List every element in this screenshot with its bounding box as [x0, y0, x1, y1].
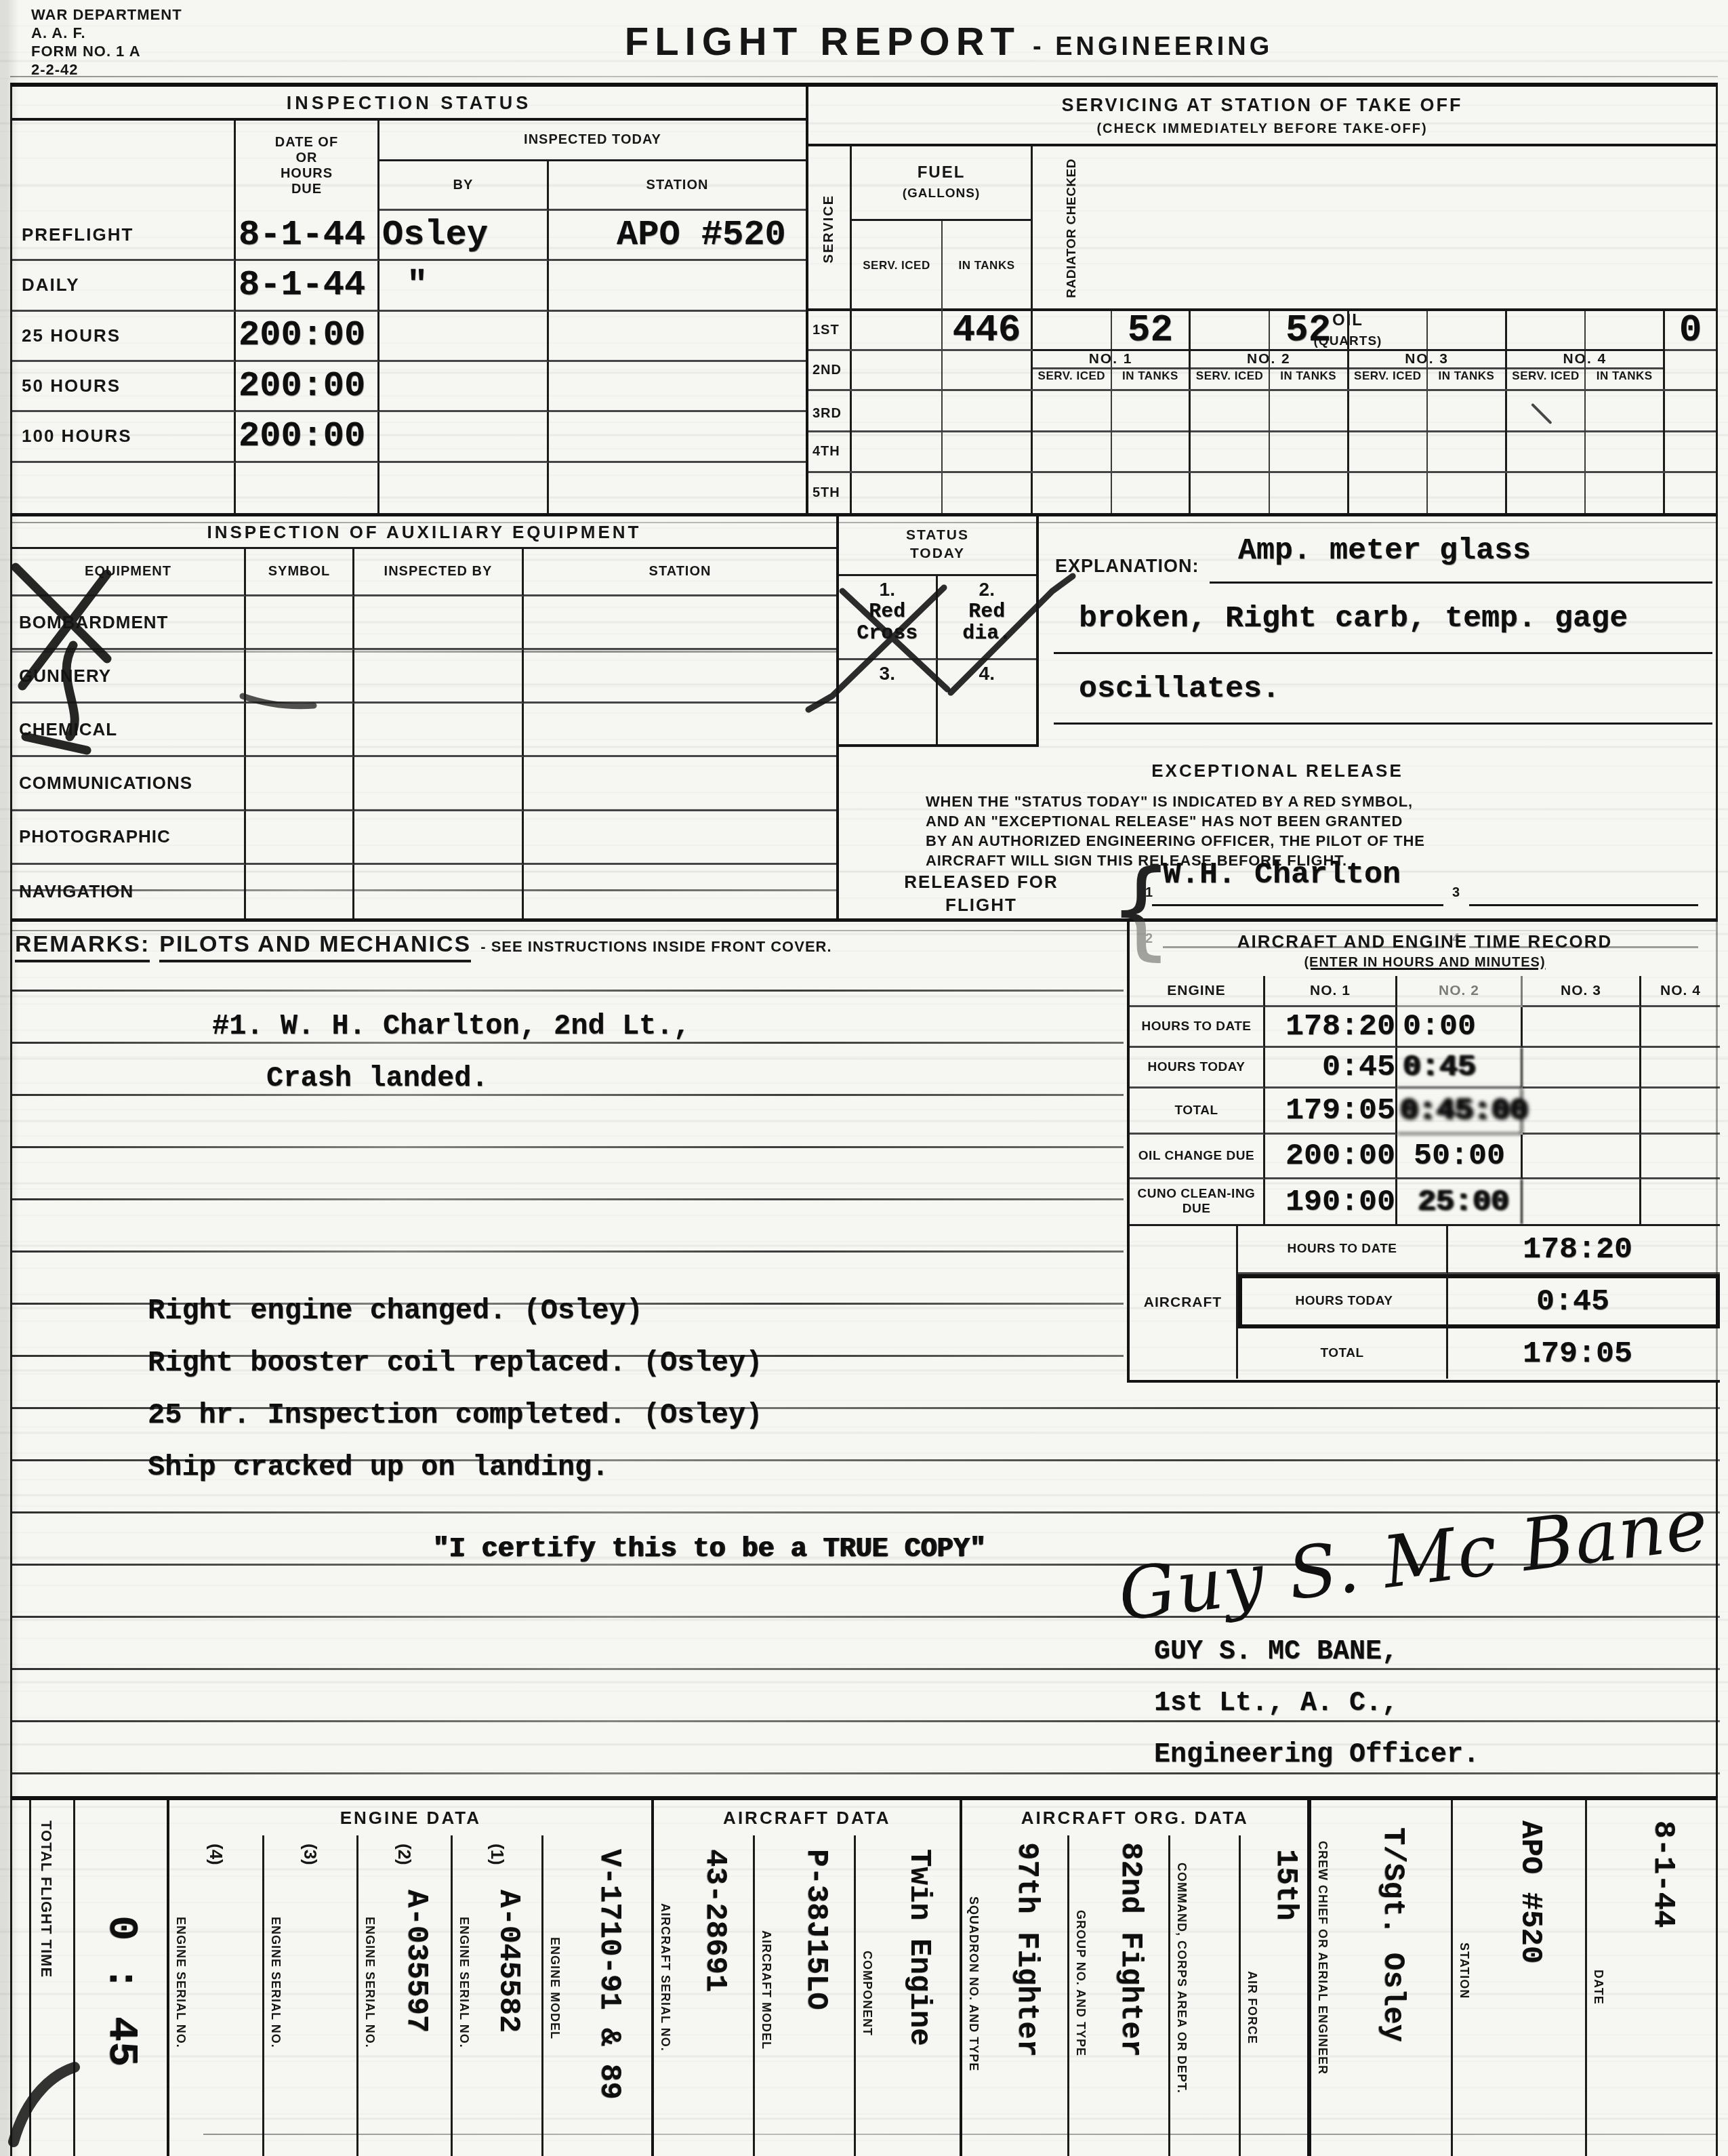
oil3-in-tanks-value	[1428, 311, 1507, 349]
col-header-inspected-today: INSPECTED TODAY	[379, 121, 806, 161]
empty-cell	[1112, 391, 1191, 436]
remark-crash-landed: Crash landed.	[266, 1064, 489, 1093]
empty-cell	[1191, 351, 1270, 389]
top-tables-section: INSPECTION STATUS DATE OF OR HOURS DUE I…	[10, 83, 1718, 516]
status-title-line: STATUS	[839, 526, 1036, 544]
date-label: DATE	[1591, 1970, 1605, 2156]
row-label-blank	[12, 463, 236, 513]
explanation-line1: Amp. meter glass	[1238, 535, 1531, 566]
col-header-no3: NO. 3	[1523, 976, 1641, 1007]
empty-cell	[943, 391, 1033, 436]
released-label-line: FLIGHT	[900, 893, 1063, 916]
fuel-in-tanks-value: 446	[943, 311, 1033, 349]
ruled-line	[12, 1198, 1124, 1200]
no1-total: 179:05	[1265, 1089, 1397, 1135]
empty-cell	[524, 704, 836, 757]
servicing-header: SERVICE FUEL (GALLONS) OIL (QUARTS) RADI…	[808, 146, 1716, 311]
daily-by-ditto: "	[379, 261, 549, 311]
released-label-line: RELEASED FOR	[900, 870, 1063, 893]
date-col: DATE 8-1-44	[1587, 1800, 1716, 2156]
org-data-title: AIRCRAFT ORG. DATA	[962, 1800, 1307, 1835]
engine-serial-3-col: (3) ENGINE SERIAL NO.	[264, 1835, 358, 2156]
empty-cell	[1507, 473, 1586, 513]
aircraft-hours-to-date-value: 178:20	[1448, 1224, 1720, 1274]
remarks-title: REMARKS:	[15, 931, 150, 962]
engine-data-group: ENGINE DATA (4) ENGINE SERIAL NO. (3) EN…	[169, 1800, 654, 2156]
engine-serial-4-col: (4) ENGINE SERIAL NO.	[169, 1835, 264, 2156]
100h-station-value	[549, 412, 806, 462]
blank-by	[379, 463, 549, 513]
component-label: COMPONENT	[860, 1951, 874, 2156]
25h-due-value: 200:00	[236, 312, 379, 362]
signature-typed-block: GUY S. MC BANE, 1st Lt., A. C., Engineer…	[1154, 1627, 1479, 1781]
total-flight-time-value-col: 0 : 45	[75, 1800, 169, 2156]
pen-scribble-over-bombardment	[5, 557, 385, 774]
empty-cell	[1665, 391, 1716, 436]
empty-cell	[1586, 391, 1665, 436]
ruled-line	[12, 1616, 1720, 1618]
empty-cell	[1112, 432, 1191, 470]
total-flight-time-label: TOTAL FLIGHT TIME	[38, 1821, 54, 2044]
release-body-line: WHEN THE "STATUS TODAY" IS INDICATED BY …	[926, 792, 1425, 811]
empty-cell	[1349, 351, 1428, 389]
no4-cuno-cleaning-due	[1641, 1179, 1720, 1224]
empty-cell	[1428, 351, 1507, 389]
aircraft-hours-to-date-label: HOURS TO DATE	[1238, 1224, 1448, 1274]
col-header-by: BY	[379, 161, 549, 211]
no1-hours-to-date: 178:20	[1265, 1007, 1397, 1048]
preflight-due-value: 8-1-44	[236, 211, 379, 261]
empty-cell	[354, 811, 524, 865]
exceptional-release-area: EXCEPTIONAL RELEASE WHEN THE "STATUS TOD…	[839, 750, 1716, 918]
release-body-line: BY AN AUTHORIZED ENGINEERING OFFICER, TH…	[926, 831, 1425, 851]
empty-cell	[852, 432, 943, 470]
ruled-line	[12, 1146, 1124, 1148]
empty-cell	[852, 351, 943, 389]
empty-cell	[1665, 432, 1716, 470]
time-record-subtitle: (ENTER IN HOURS AND MINUTES)	[1130, 955, 1720, 971]
flight-report-form-scan: WAR DEPARTMENT A. A. F. FORM NO. 1 A 2-2…	[0, 0, 1728, 2156]
remark-engine-changed: Right engine changed. (Osley)	[148, 1297, 643, 1325]
empty-cell	[1349, 473, 1428, 513]
empty-cell	[1270, 351, 1349, 389]
station-value: APO #520	[1515, 1821, 1545, 1964]
col-header-line: HOURS	[275, 166, 338, 182]
no3-hours-today	[1523, 1048, 1641, 1089]
servicing-row-4th: 4TH	[808, 432, 1716, 472]
org-data-columns: SQUADRON NO. AND TYPE 97th Fighter GROUP…	[962, 1835, 1307, 2156]
fuel-serv-iced-header: SERV. ICED	[852, 221, 943, 311]
explanation-rule	[1054, 652, 1712, 654]
crew-chief-label: CREW CHIEF OR AERIAL ENGINEER	[1315, 1841, 1330, 2156]
signature-name-line: GUY S. MC BANE,	[1154, 1627, 1479, 1678]
oil3-serv-iced-value	[1349, 311, 1428, 349]
explanation-line3: oscillates.	[1079, 674, 1280, 704]
fuel-in-tanks-header: IN TANKS	[943, 221, 1033, 311]
empty-cell	[1349, 432, 1428, 470]
air-force-value: 15th	[1271, 1849, 1300, 1921]
explanation-area: EXPLANATION: Amp. meter glass broken, Ri…	[1042, 516, 1716, 747]
explanation-line2: broken, Right carb, temp. gage	[1079, 603, 1628, 634]
empty-cell	[1191, 473, 1270, 513]
inspection-status-title: INSPECTION STATUS	[12, 87, 806, 121]
scan-streak	[10, 76, 1718, 77]
crew-chief-col: CREW CHIEF OR AERIAL ENGINEER T/Sgt. Osl…	[1311, 1800, 1452, 2156]
empty-cell	[354, 865, 524, 918]
date-value: 8-1-44	[1648, 1821, 1678, 1928]
remark-booster-coil: Right booster coil replaced. (Osley)	[148, 1349, 762, 1377]
ruled-line	[12, 1250, 1124, 1253]
aircraft-model-label: AIRCRAFT MODEL	[759, 1930, 773, 2156]
ruled-line	[12, 1094, 1124, 1096]
daily-due-value: 8-1-44	[236, 261, 379, 311]
air-force-label: AIR FORCE	[1245, 1971, 1259, 2156]
empty-cell	[246, 811, 354, 865]
empty-cell	[524, 596, 836, 650]
col-header-line: OR	[275, 150, 338, 166]
no3-total	[1523, 1089, 1641, 1135]
no2-hours-to-date: 0:00	[1397, 1007, 1523, 1048]
engine-model-col: ENGINE MODEL V-1710-91 & 89	[543, 1835, 651, 2156]
engine-serial-2-col: (2) ENGINE SERIAL NO. A-035597	[358, 1835, 453, 2156]
ruled-line	[12, 990, 1124, 992]
col-header-no4: NO. 4	[1641, 976, 1720, 1007]
service-row-label: 2ND	[808, 351, 852, 389]
agency-line: A. A. F.	[31, 24, 182, 42]
empty-cell	[1586, 473, 1665, 513]
scan-streak	[203, 2134, 1718, 2135]
engine-data-title: ENGINE DATA	[169, 1800, 651, 1835]
row-label-100-hours: 100 HOURS	[12, 412, 236, 462]
inspection-status-table: DATE OF OR HOURS DUE INSPECTED TODAY BY …	[12, 121, 806, 513]
no2-total: 0:45:00	[1397, 1089, 1523, 1135]
remarks-section: REMARKS:PILOTS AND MECHANICS- SEE INSTRU…	[10, 922, 1718, 1796]
col-header-station: STATION	[549, 161, 806, 211]
col-header-date-due: DATE OF OR HOURS DUE	[236, 121, 379, 211]
row-label-oil-change-due: OIL CHANGE DUE	[1130, 1135, 1265, 1179]
time-record-title: AIRCRAFT AND ENGINE TIME RECORD	[1130, 922, 1720, 952]
no2-cuno-cleaning-due: 25:00	[1397, 1179, 1523, 1224]
no1-cuno-cleaning-due: 190:00	[1265, 1179, 1397, 1224]
radiator-col-header: RADIATOR CHECKED	[1033, 146, 1112, 311]
empty-cell	[1586, 432, 1665, 470]
25h-by-value	[379, 312, 549, 362]
aux-row-navigation: NAVIGATION	[12, 865, 246, 918]
remarks-title2: PILOTS AND MECHANICS	[159, 931, 471, 962]
group-label: GROUP NO. AND TYPE	[1073, 1910, 1088, 2156]
daily-station-value	[549, 261, 806, 311]
servicing-row-5th: 5TH	[808, 473, 1716, 513]
engine-serial-1-col: (1) ENGINE SERIAL NO. A-045582	[453, 1835, 543, 2156]
signature-title-line: Engineering Officer.	[1154, 1730, 1479, 1781]
servicing-title: SERVICING AT STATION OF TAKE OFF (CHECK …	[808, 87, 1716, 146]
empty-cell	[1428, 391, 1507, 436]
station-col: STATION APO #520	[1453, 1800, 1588, 2156]
servicing-title-sub: (CHECK IMMEDIATELY BEFORE TAKE-OFF)	[808, 121, 1716, 137]
empty-cell	[524, 650, 836, 704]
service-row-label: 4TH	[808, 432, 852, 470]
engine-serial-label: ENGINE SERIAL NO.	[457, 1917, 471, 2156]
100h-due-value: 200:00	[236, 412, 379, 462]
pilot-release-signature: W.H. Charlton	[1163, 859, 1401, 890]
engine-serial-label: ENGINE SERIAL NO.	[173, 1917, 188, 2156]
engine-serial-2-value: A-035597	[401, 1890, 431, 2033]
servicing-row-2nd: 2ND	[808, 351, 1716, 391]
explanation-label: EXPLANATION:	[1055, 556, 1199, 577]
service-label: SERVICE	[821, 195, 837, 263]
bottom-left-scan-smudge	[7, 2054, 88, 2149]
remark-25hr-inspection: 25 hr. Inspection completed. (Osley)	[148, 1401, 762, 1429]
empty-cell	[943, 473, 1033, 513]
no4-hours-today	[1641, 1048, 1720, 1089]
station-label: STATION	[1457, 1943, 1471, 2156]
time-record-table: ENGINE NO. 1 NO. 2 NO. 3 NO. 4 HOURS TO …	[1130, 976, 1720, 1224]
empty-cell	[1507, 351, 1586, 389]
empty-cell	[943, 351, 1033, 389]
aircraft-model-value: P-38J15LO	[801, 1849, 831, 2010]
stray-pen-mark	[1507, 391, 1585, 436]
squadron-col: SQUADRON NO. AND TYPE 97th Fighter	[962, 1835, 1069, 2156]
scan-streak-through-navigation	[12, 889, 836, 891]
bottom-data-band: TOTAL FLIGHT TIME 0 : 45 ENGINE DATA (4)…	[10, 1796, 1718, 2156]
preflight-station-value: APO #520	[549, 211, 806, 261]
100h-by-value	[379, 412, 549, 462]
signature-rank-line: 1st Lt., A. C.,	[1154, 1678, 1479, 1730]
50h-by-value	[379, 362, 549, 412]
pen-cross-out-marks	[812, 564, 1069, 767]
col-header-engine: ENGINE	[1130, 976, 1265, 1007]
engine-data-columns: (4) ENGINE SERIAL NO. (3) ENGINE SERIAL …	[169, 1835, 651, 2156]
engine-serial-label: ENGINE SERIAL NO.	[268, 1917, 283, 2156]
scan-streak	[10, 522, 1718, 523]
no3-hours-to-date	[1523, 1007, 1641, 1048]
oil2-serv-iced-value	[1191, 311, 1270, 349]
fuel-serv-iced-value	[852, 311, 943, 349]
empty-cell	[524, 757, 836, 811]
no1-oil-change-due: 200:00	[1265, 1135, 1397, 1179]
50h-station-value	[549, 362, 806, 412]
col-header-station: STATION	[524, 549, 836, 596]
empty-cell	[1191, 432, 1270, 470]
radiator-label: RADIATOR CHECKED	[1065, 159, 1079, 298]
crew-chief-value: T/Sgt. Osley	[1378, 1827, 1407, 2042]
row-label-25-hours: 25 HOURS	[12, 312, 236, 362]
aircraft-total-label: TOTAL	[1238, 1328, 1448, 1379]
remark-ship-cracked: Ship cracked up on landing.	[148, 1453, 609, 1482]
oil4-serv-iced-value	[1507, 311, 1586, 349]
middle-section: INSPECTION OF AUXILIARY EQUIPMENT EQUIPM…	[10, 516, 1718, 922]
row-label-hours-today: HOURS TODAY	[1130, 1048, 1265, 1089]
aircraft-serial-value: 43-28691	[700, 1849, 730, 1992]
squadron-value: 97th Fighter	[1012, 1842, 1042, 2057]
aircraft-block-label: AIRCRAFT	[1130, 1224, 1238, 1379]
form-agency-block: WAR DEPARTMENT A. A. F. FORM NO. 1 A 2-2…	[31, 5, 182, 79]
service-col-header: SERVICE	[808, 146, 852, 311]
empty-cell	[524, 865, 836, 918]
status-title-line: TODAY	[839, 544, 1036, 563]
agency-line: WAR DEPARTMENT	[31, 5, 182, 24]
command-label: COMMAND, CORPS AREA OR DEPT.	[1174, 1863, 1189, 2156]
aircraft-org-data-group: AIRCRAFT ORG. DATA SQUADRON NO. AND TYPE…	[962, 1800, 1311, 2156]
service-row-label: 1ST	[808, 311, 852, 349]
servicing-title-main: SERVICING AT STATION OF TAKE OFF	[808, 95, 1716, 116]
25h-station-value	[549, 312, 806, 362]
total-flight-time-value: 0 : 45	[100, 1915, 142, 2067]
group-col: GROUP NO. AND TYPE 82nd Fighter	[1069, 1835, 1170, 2156]
service-row-label: 5TH	[808, 473, 852, 513]
aircraft-data-title: AIRCRAFT DATA	[654, 1800, 960, 1835]
empty-cell	[1112, 351, 1191, 389]
engine-col-number: (1)	[487, 1844, 508, 1865]
aircraft-serial-col: AIRCRAFT SERIAL NO. 43-28691	[654, 1835, 755, 2156]
signature-rule-3	[1469, 904, 1698, 906]
empty-cell	[1033, 432, 1112, 470]
fuel-group-header: FUEL (GALLONS)	[852, 146, 1033, 221]
oil4-in-tanks-value	[1586, 311, 1665, 349]
fuel-unit-label: (GALLONS)	[903, 186, 981, 201]
group-value: 82nd Fighter	[1115, 1842, 1145, 2057]
form-title-main: FLIGHT REPORT	[625, 20, 1021, 64]
empty-cell	[943, 432, 1033, 470]
engine-col-number: (3)	[300, 1844, 321, 1865]
empty-cell	[1270, 432, 1349, 470]
no2-hours-today: 0:45	[1397, 1048, 1523, 1089]
row-label-hours-to-date: HOURS TO DATE	[1130, 1007, 1265, 1048]
status-and-release-area: STATUS TODAY 1. Red Cross 2. Red dia. 3.	[839, 516, 1716, 918]
squadron-label: SQUADRON NO. AND TYPE	[966, 1896, 981, 2156]
form-title: FLIGHT REPORT- ENGINEERING	[474, 19, 1423, 64]
aircraft-total-value: 179:05	[1448, 1328, 1720, 1379]
no3-oil-change-due	[1523, 1135, 1641, 1179]
empty-cell	[1112, 473, 1191, 513]
certify-true-copy-line: "I certify this to be a TRUE COPY"	[432, 1537, 985, 1564]
inspection-status-panel: INSPECTION STATUS DATE OF OR HOURS DUE I…	[12, 87, 808, 513]
empty-cell	[852, 473, 943, 513]
blank-due	[236, 463, 379, 513]
stray-mark-cell	[1507, 391, 1586, 436]
empty-cell	[524, 811, 836, 865]
aircraft-hours-block: AIRCRAFT HOURS TO DATE 178:20 HOURS TODA…	[1130, 1224, 1720, 1379]
remark-pilot-entry: #1. W. H. Charlton, 2nd Lt.,	[212, 1012, 691, 1040]
col-header-no1: NO. 1	[1265, 976, 1397, 1007]
empty-cell	[246, 865, 354, 918]
service-row-label: 3RD	[808, 391, 852, 436]
engine-serial-label: ENGINE SERIAL NO.	[363, 1917, 377, 2156]
servicing-panel: SERVICING AT STATION OF TAKE OFF (CHECK …	[808, 87, 1716, 513]
remarks-header: REMARKS:PILOTS AND MECHANICS- SEE INSTRU…	[15, 931, 832, 958]
aircraft-engine-time-record-panel: AIRCRAFT AND ENGINE TIME RECORD (ENTER I…	[1127, 922, 1720, 1383]
explanation-rule	[1210, 582, 1712, 584]
fuel-label: FUEL	[918, 163, 966, 182]
released-for-flight-label: RELEASED FOR FLIGHT	[900, 870, 1063, 916]
empty-cell	[1665, 351, 1716, 389]
empty-cell	[1349, 391, 1428, 436]
empty-cell	[1033, 351, 1112, 389]
empty-cell	[1428, 473, 1507, 513]
empty-cell	[1191, 391, 1270, 436]
empty-cell	[1507, 432, 1586, 470]
auxiliary-equipment-panel: INSPECTION OF AUXILIARY EQUIPMENT EQUIPM…	[12, 516, 839, 918]
air-force-col: AIR FORCE 15th	[1241, 1835, 1308, 2156]
row-label-daily: DAILY	[12, 261, 236, 311]
col-header-line: DATE OF	[275, 135, 338, 150]
oil2-in-tanks-value: 52	[1270, 311, 1349, 349]
servicing-row-1st: 1ST 446 52 52 0	[808, 311, 1716, 351]
no2-oil-change-due: 50:00	[1397, 1135, 1523, 1179]
empty-cell	[1270, 473, 1349, 513]
50h-due-value: 200:00	[236, 362, 379, 412]
release-body-line: AND AN "EXCEPTIONAL RELEASE" HAS NOT BEE…	[926, 811, 1425, 831]
blank-station	[549, 463, 806, 513]
release-line-number-1: 1	[1145, 885, 1153, 901]
engine-model-label: ENGINE MODEL	[548, 1937, 562, 2156]
engine-col-number: (4)	[205, 1844, 226, 1865]
row-label-cuno-cleaning-due: CUNO CLEAN-ING DUE	[1130, 1179, 1265, 1224]
col-header-no2: NO. 2	[1397, 976, 1523, 1007]
engine-serial-1-value: A-045582	[493, 1890, 523, 2033]
aircraft-hours-today-value: 0:45	[1448, 1274, 1720, 1328]
engine-model-value: V-1710-91 & 89	[594, 1849, 624, 2100]
empty-cell	[1270, 391, 1349, 436]
no4-hours-to-date	[1641, 1007, 1720, 1048]
component-value: Twin Engine	[904, 1849, 934, 2046]
row-label-total: TOTAL	[1130, 1089, 1265, 1135]
no4-total	[1641, 1089, 1720, 1135]
empty-cell	[1033, 473, 1112, 513]
row-label-preflight: PREFLIGHT	[12, 211, 236, 261]
engineering-officer-signature-script: Guy S. Mc Bane	[1114, 1482, 1714, 1637]
no4-oil-change-due	[1641, 1135, 1720, 1179]
oil1-in-tanks-value: 52	[1112, 311, 1191, 349]
empty-cell	[1428, 432, 1507, 470]
empty-cell	[1665, 473, 1716, 513]
empty-cell	[1033, 391, 1112, 436]
empty-cell	[1586, 351, 1665, 389]
command-col: COMMAND, CORPS AREA OR DEPT.	[1170, 1835, 1241, 2156]
form-title-sub: - ENGINEERING	[1033, 33, 1273, 61]
aircraft-model-col: AIRCRAFT MODEL P-38J15LO	[755, 1835, 856, 2156]
remarks-note: - SEE INSTRUCTIONS INSIDE FRONT COVER.	[480, 938, 831, 955]
engine-col-number: (2)	[394, 1844, 415, 1865]
row-label-50-hours: 50 HOURS	[12, 362, 236, 412]
aircraft-hours-today-label: HOURS TODAY	[1238, 1274, 1448, 1328]
no1-hours-today: 0:45	[1265, 1048, 1397, 1089]
agency-line: FORM NO. 1 A	[31, 42, 182, 60]
aircraft-data-group: AIRCRAFT DATA AIRCRAFT SERIAL NO. 43-286…	[654, 1800, 962, 2156]
servicing-row-3rd: 3RD	[808, 391, 1716, 432]
signature-rule-1	[1152, 904, 1443, 906]
no3-cuno-cleaning-due	[1523, 1179, 1641, 1224]
col-header-line: DUE	[275, 182, 338, 197]
oil1-serv-iced-value	[1033, 311, 1112, 349]
component-col: COMPONENT Twin Engine	[856, 1835, 960, 2156]
release-line-number-3: 3	[1452, 885, 1460, 901]
aircraft-data-columns: AIRCRAFT SERIAL NO. 43-28691 AIRCRAFT MO…	[654, 1835, 960, 2156]
status-today-box: STATUS TODAY 1. Red Cross 2. Red dia. 3.	[839, 516, 1039, 747]
empty-cell	[852, 391, 943, 436]
explanation-rule	[1054, 723, 1712, 725]
preflight-by-value: Osley	[379, 211, 549, 261]
radiator-checked-value: 0	[1665, 311, 1716, 349]
aux-row-photographic: PHOTOGRAPHIC	[12, 811, 246, 865]
spacer-cell	[12, 121, 236, 211]
aircraft-serial-label: AIRCRAFT SERIAL NO.	[658, 1903, 672, 2156]
